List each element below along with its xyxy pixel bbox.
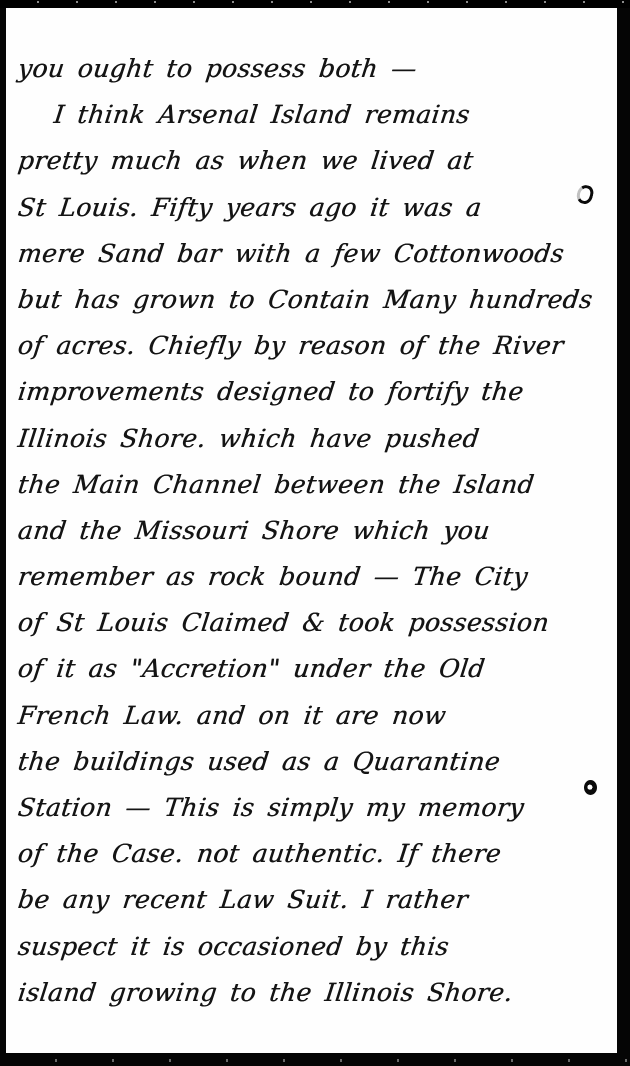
handwritten-line: Illinois Shore. which have pushed [15,416,614,462]
handwritten-line: be any recent Law Suit. I rather [15,877,614,923]
handwritten-line: of St Louis Claimed & took possession [15,600,614,646]
letter-paper: you ought to possess both —I think Arsen… [6,8,617,1053]
handwritten-line: the Main Channel between the Island [15,462,614,508]
handwritten-line: improvements designed to fortify the [15,369,614,415]
handwritten-line: but has grown to Contain Many hundreds [15,277,614,323]
handwritten-line: and the Missouri Shore which you [15,508,614,554]
handwritten-line: Station — This is simply my memory [15,785,614,831]
scanned-letter-page: you ought to possess both —I think Arsen… [0,0,630,1066]
handwritten-line: of the Case. not authentic. If there [15,831,614,877]
handwritten-line: pretty much as when we lived at [15,138,614,184]
handwritten-line: of acres. Chiefly by reason of the River [15,323,614,369]
handwritten-line: I think Arsenal Island remains [15,92,614,138]
handwritten-text-block: you ought to possess both —I think Arsen… [18,46,611,1016]
handwritten-line: the buildings used as a Quarantine [15,739,614,785]
handwritten-line: mere Sand bar with a few Cottonwoods [15,231,614,277]
scan-border-top [0,0,630,8]
handwritten-line: suspect it is occasioned by this [15,924,614,970]
handwritten-line: of it as "Accretion" under the Old [15,646,614,692]
handwritten-line: remember as rock bound — The City [15,554,614,600]
handwritten-line: you ought to possess both — [15,46,614,92]
handwritten-line: St Louis. Fifty years ago it was a [15,185,614,231]
handwritten-line: island growing to the Illinois Shore. [15,970,614,1016]
ink-dot-mark [584,780,597,795]
handwritten-line: French Law. and on it are now [15,693,614,739]
scan-border-bottom [0,1059,630,1062]
